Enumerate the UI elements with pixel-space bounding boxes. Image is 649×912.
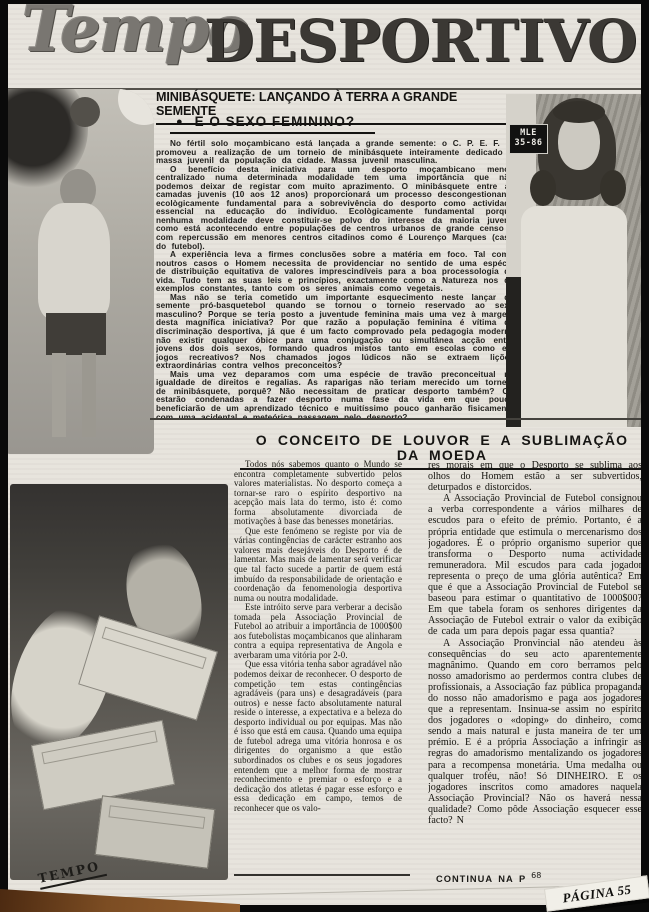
banknote-detail: [108, 805, 205, 829]
girl-shirt-shape: [521, 206, 627, 427]
article1-subhead: ● E O SEXO FEMININO?: [170, 115, 375, 134]
child-shorts-shape: [46, 313, 106, 355]
article2-column-2: res morais em que o Desporto se sublima …: [428, 460, 641, 862]
photo-girl-portrait: MLE 35-86: [506, 94, 641, 427]
paragraph: Este intróito serve para verberar a deci…: [234, 603, 402, 660]
bullet-icon: ●: [176, 116, 183, 128]
article-divider: [150, 418, 641, 420]
continua-label: CONTINUA NA P: [436, 874, 526, 884]
page-number-label: PÁGINA 55: [562, 883, 632, 905]
license-plate: MLE 35-86: [509, 124, 548, 154]
child-shirt-shape: [38, 203, 110, 319]
paragraph: A experiência leva a firmes conclusões s…: [156, 251, 514, 294]
girl-fringe-shape: [553, 101, 605, 123]
article2-column-1: Todos nós sabemos quanto o Mundo se enco…: [234, 460, 402, 868]
article1-subhead-label: E O SEXO FEMININO?: [195, 115, 356, 129]
paragraph: Que este fenómeno se registe por via de …: [234, 527, 402, 603]
paragraph: No fértil solo moçambicano está lançada …: [156, 140, 514, 166]
girl-hair-curl-shape: [600, 170, 626, 206]
ball-shape: [70, 97, 100, 127]
newspaper-page: Tempo DESPORTIVO MINIBÁSQUETE: LANÇANDO …: [8, 4, 641, 905]
newspaper-scan: { "masthead": { "logo": "Tempo", "sectio…: [0, 0, 649, 912]
paragraph: Mas não se teria cometido um importante …: [156, 294, 514, 371]
paragraph: A Associação Pronvincial não atendeu às …: [428, 638, 641, 827]
paragraph: res morais em que o Desporto se sublima …: [428, 460, 641, 493]
paragraph: Todos nós sabemos quanto o Mundo se enco…: [234, 460, 402, 527]
paragraph: O benefício desta iniciativa para um des…: [156, 166, 514, 251]
photo-child-with-ball: [8, 89, 154, 454]
paragraph: Mais uma vez deparamos com uma espécie d…: [156, 371, 514, 420]
column-end-divider: [234, 874, 410, 876]
child-leg-shape: [52, 353, 66, 437]
paragraph: A Associação Provincial de Futebol consi…: [428, 493, 641, 637]
page-curl-shape: [118, 89, 154, 125]
continua-note: CONTINUA NA P68: [436, 875, 536, 884]
paragraph: Que essa vitória tenha sabor agradável n…: [234, 660, 402, 813]
banknote-shape: [95, 795, 215, 868]
continua-page-ref: 68: [531, 871, 541, 880]
photo-shadow-shape: [506, 277, 522, 427]
child-leg-shape: [82, 353, 96, 437]
girl-hair-curl-shape: [530, 170, 556, 206]
article1-body: No fértil solo moçambicano está lançada …: [156, 140, 514, 420]
photo-hands-with-money: [10, 484, 228, 880]
license-plate-line2: 35-86: [514, 139, 542, 149]
masthead-section-desportivo: DESPORTIVO: [204, 12, 637, 70]
